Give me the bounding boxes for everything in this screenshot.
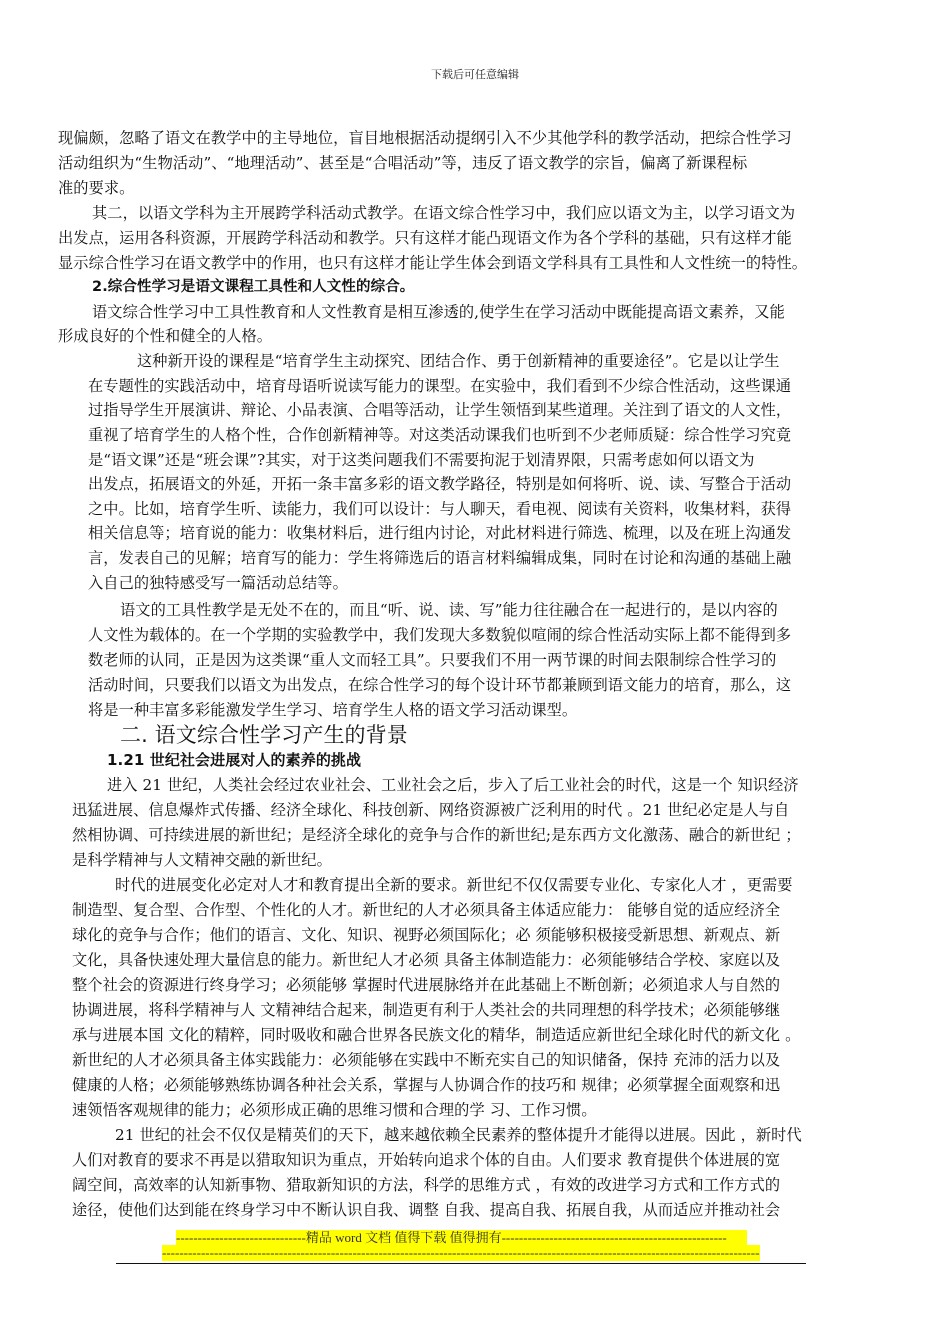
text-line: 出发点，拓展语文的外延，开拓一条丰富多彩的语文教学路径，特别是如何将听、说、读、… [88,474,791,494]
text-line: 活动时间，只要我们以语文为出发点，在综合性学习的每个设计环节都兼顾到语文能力的培… [88,675,791,695]
text-line: 将是一种丰富多彩能激发学生学习、培育学生人格的语文学习活动课型。 [88,700,577,720]
text-line: 其二，以语文学科为主开展跨学科活动式教学。在语文综合性学习中，我们应以语文为主，… [92,203,795,223]
text-line: 相关信息等；培育说的能力：收集材料后，进行组内讨论，对此材料进行筛选、梳理，以及… [88,523,791,543]
text-line: 人们对教育的要求不再是以猎取知识为重点，开始转向追求个体的自由。人们要求 教育提… [72,1150,780,1170]
text-line: 这种新开设的课程是“培育学生主动探究、团结合作、勇于创新精神的重要途径”。它是以… [137,351,780,371]
text-line: 是“语文课”还是“班会课”?其实，对于这类问题我们不需要拘泥于划清界限，只需考虑… [88,450,755,470]
text-line: 速领悟客观规律的能力；必须形成正确的思维习惯和合理的学 习、工作习惯。 [72,1100,597,1120]
text-line: 新世纪的人才必须具备主体实践能力：必须能够在实践中不断充实自己的知识储备，保持 … [72,1050,780,1070]
text-line: 途径，使他们达到能在终身学习中不断认识自我、调整 自我、提高自我、拓展自我，从而… [72,1200,780,1220]
text-line: 形成良好的个性和健全的人格。 [58,326,272,346]
section-heading: 2.综合性学习是语文课程工具性和人文性的综合。 [92,277,414,297]
text-line: 显示综合性学习在语文教学中的作用，也只有这样才能让学生体会到语文学科具有工具性和… [58,253,807,273]
text-line: 是科学精神与人文精神交融的新世纪。 [72,850,332,870]
text-line: 阔空间，高效率的认知新事物、猎取新知识的方法，科学的思维方式 ，有效的改进学习方… [72,1175,780,1195]
text-line: 整个社会的资源进行终身学习；必须能够 掌握时代进展脉络并在此基础上不断创新；必须… [72,975,780,995]
text-line: 入自己的独特感受写一篇活动总结等。 [88,573,348,593]
text-line: 承与进展本国 文化的精粹，同时吸收和融合世界各民族文化的精华，制造适应新世纪全球… [72,1025,800,1045]
text-line: 在专题性的实践活动中，培育母语听说读写能力的课型。在实验中，我们看到不少综合性活… [88,376,791,396]
text-line: 言，发表自己的见解；培育写的能力：学生将筛选后的语言材料编辑成集，同时在讨论和沟… [88,548,791,568]
text-line: 语文的工具性教学是无处不在的，而且“听、说、读、写”能力往往融合在一起进行的，是… [120,600,778,620]
text-line: 重视了培育学生的人格个性，合作创新精神等。对这类活动课我们也听到不少老师质疑：综… [88,425,791,445]
text-line: 协调进展，将科学精神与人 文精神结合起来，制造更有利于人类社会的共同理想的科学技… [72,1000,780,1020]
subsection-title: 1.21 世纪社会进展对人的素养的挑战 [107,750,361,770]
text-line: 迅猛进展、信息爆炸式传播、经济全球化、科技创新、网络资源被广泛利用的时代 。21… [72,800,789,820]
text-line: 准的要求。 [58,178,134,198]
text-line: 时代的进展变化必定对人才和教育提出全新的要求。新世纪不仅仅需要专业化、专家化人才… [115,875,793,895]
text-line: 活动组织为“生物活动”、“地理活动”、甚至是“合唱活动”等，违反了语文教学的宗旨… [58,153,747,173]
text-line: 制造型、复合型、合作型、个性化的人才。新世纪的人才必须具备主体适应能力： 能够自… [72,900,780,920]
section-title: 二. 语文综合性学习产生的背景 [120,722,408,748]
text-line: 人文性为载体的。在一个学期的实验教学中，我们发现大多数貌似喧闹的综合性活动实际上… [88,625,791,645]
footer-rule [116,1263,806,1264]
text-line: 健康的人格；必须能够熟练协调各种社会关系，掌握与人协调合作的技巧和 规律；必须掌… [72,1075,780,1095]
footer-banner-line-2: ----------------------------------------… [162,1245,760,1261]
text-line: 之中。比如，培育学生听、读能力，我们可以设计：与人聊天，看电视、阅读有关资料，收… [88,499,791,519]
text-line: 文化，具备快速处理大量信息的能力。新世纪人才必须 具备主体制造能力：必须能够结合… [72,950,780,970]
text-line: 过指导学生开展演讲、辩论、小品表演、合唱等活动，让学生领悟到某些道理。关注到了语… [88,400,791,420]
text-line: 出发点，运用各科资源，开展跨学科活动和教学。只有这样才能凸现语文作为各个学科的基… [58,228,792,248]
text-line: 语文综合性学习中工具性教育和人文性教育是相互渗透的,使学生在学习活动中既能提高语… [92,302,785,322]
text-line: 然相协调、可持续进展的新世纪；是经济全球化的竞争与合作的新世纪;是东西方文化激荡… [72,825,801,845]
text-line: 现偏颇，忽略了语文在教学中的主导地位，盲目地根据活动提纲引入不少其他学科的教学活… [58,128,792,148]
text-line: 进入 21 世纪，人类社会经过农业社会、工业社会之后，步入了后工业社会的时代，这… [107,775,799,795]
text-line: 21 世纪的社会不仅仅是精英们的天下，越来越依赖全民素养的整体提升才能得以进展。… [115,1125,802,1145]
text-line: 数老师的认同，正是因为这类课“重人文而轻工具”。只要我们不用一两节课的时间去限制… [88,650,776,670]
text-line: 球化的竞争与合作；他们的语言、文化、知识、视野必须国际化；必 须能够积极接受新思… [72,925,780,945]
page-header-note: 下载后可任意编辑 [0,66,950,82]
